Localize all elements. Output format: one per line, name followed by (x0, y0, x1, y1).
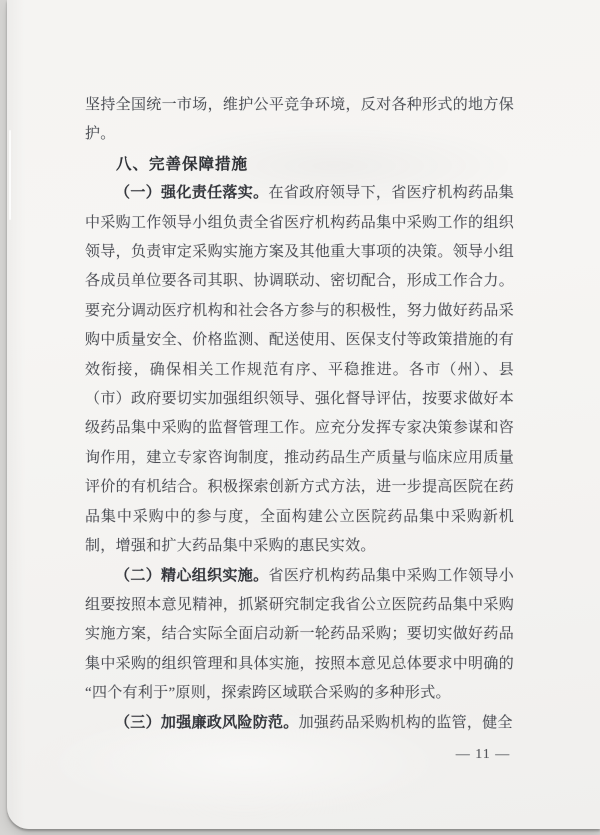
intro-paragraph: 坚持全国统一市场，维护公平竞争环境，反对各种形式的地方保护。 (85, 91, 514, 150)
page-number: — 11 — (438, 747, 528, 763)
paragraph-item-2: （二）精心组织实施。省医疗机构药品集中采购工作领导小组要按照本意见精神，抓紧研究… (85, 562, 514, 709)
paragraph-body: 加强药品采购机构的监管，健全 (299, 715, 513, 731)
document-body: 坚持全国统一市场，维护公平竞争环境，反对各种形式的地方保护。 八、完善保障措施 … (85, 91, 514, 738)
scan-edge-artifact (9, 130, 11, 220)
paragraph-item-3: （三）加强廉政风险防范。加强药品采购机构的监管，健全 (85, 709, 514, 738)
paragraph-body: 在省政府领导下，省医疗机构药品集中采购工作领导小组负责全省医疗机构药品集中采购工… (85, 185, 514, 554)
paragraph-body: 省医疗机构药品集中采购工作领导小组要按照本意见精神，抓紧研究制定我省公立医院药品… (85, 568, 514, 702)
paragraph-lead: （二）精心组织实施。 (115, 568, 268, 584)
paragraph-item-1: （一）强化责任落实。在省政府领导下，省医疗机构药品集中采购工作领导小组负责全省医… (85, 179, 514, 561)
scanned-page: 坚持全国统一市场，维护公平竞争环境，反对各种形式的地方保护。 八、完善保障措施 … (7, 0, 600, 829)
paragraph-lead: （三）加强廉政风险防范。 (115, 715, 299, 731)
section-heading: 八、完善保障措施 (85, 150, 514, 179)
paragraph-lead: （一）强化责任落实。 (115, 185, 268, 201)
